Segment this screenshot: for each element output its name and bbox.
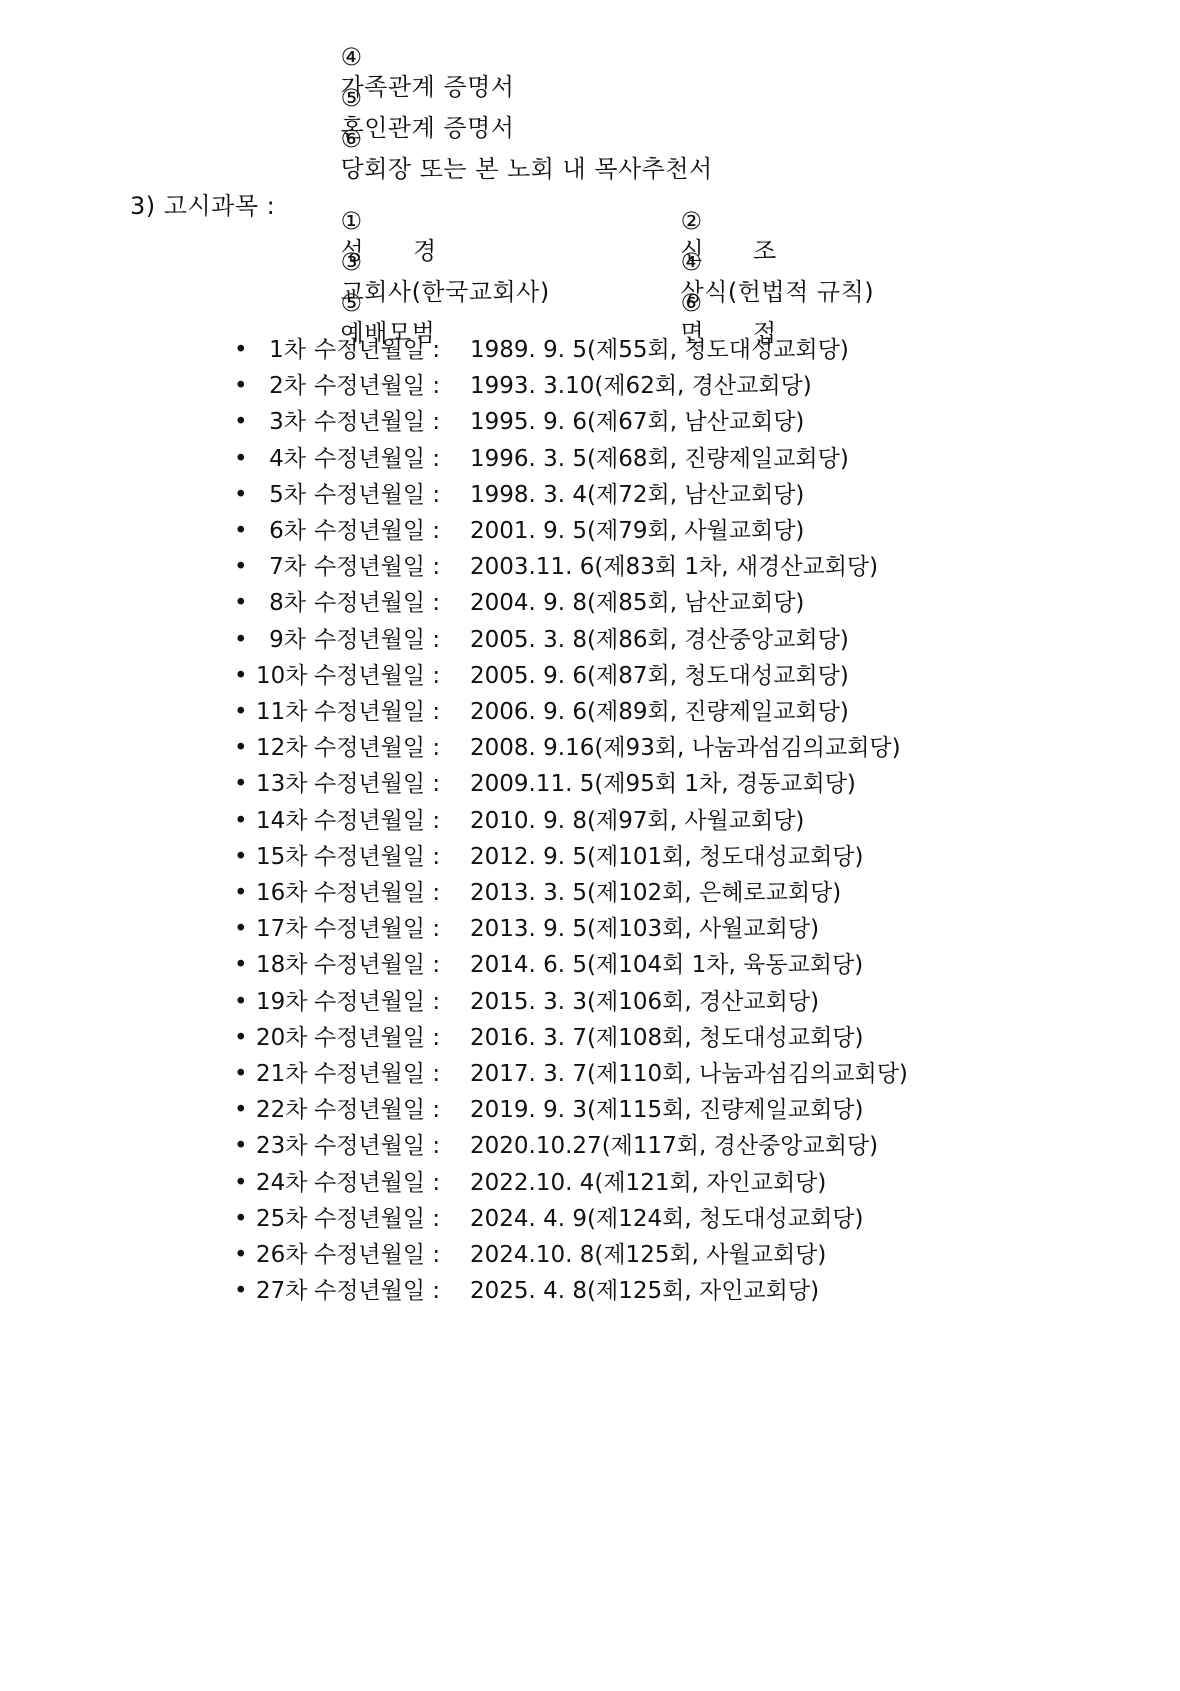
bullet-icon: •	[234, 1023, 256, 1053]
revision-label: 수정년월일 :	[314, 878, 470, 908]
revision-detail: 2013. 9. 5(제103회, 사월교회당)	[470, 914, 819, 944]
revision-detail: 2010. 9. 8(제97회, 사월교회당)	[470, 806, 804, 836]
revision-detail: 2012. 9. 5(제101회, 청도대성교회당)	[470, 842, 863, 872]
bullet-icon: •	[234, 552, 256, 582]
bullet-icon: •	[234, 914, 256, 944]
revision-label: 수정년월일 :	[314, 769, 470, 799]
revision-item: • 11차 수정년월일 : 2006. 9. 6(제89회, 진량제일교회당)	[234, 697, 849, 727]
revision-order: 20차	[256, 1023, 306, 1053]
revision-label: 수정년월일 :	[314, 480, 470, 510]
revision-label: 수정년월일 :	[314, 625, 470, 655]
bullet-icon: •	[234, 407, 256, 437]
bullet-icon: •	[234, 1240, 256, 1270]
revision-detail: 2024. 4. 9(제124회, 청도대성교회당)	[470, 1204, 863, 1234]
revision-item: • 16차 수정년월일 : 2013. 3. 5(제102회, 은혜로교회당)	[234, 878, 841, 908]
revision-item: • 23차 수정년월일 : 2020.10.27(제117회, 경산중앙교회당)	[234, 1131, 878, 1161]
revision-order: 1차	[256, 335, 306, 365]
revision-detail: 2001. 9. 5(제79회, 사월교회당)	[470, 516, 804, 546]
revision-label: 수정년월일 :	[314, 950, 470, 980]
revision-order: 16차	[256, 878, 306, 908]
revision-item: • 2차 수정년월일 : 1993. 3.10(제62회, 경산교회당)	[234, 371, 812, 401]
revision-item: • 25차 수정년월일 : 2024. 4. 9(제124회, 청도대성교회당)	[234, 1204, 863, 1234]
revision-item: • 17차 수정년월일 : 2013. 9. 5(제103회, 사월교회당)	[234, 914, 819, 944]
revision-order: 19차	[256, 987, 306, 1017]
bullet-icon: •	[234, 1131, 256, 1161]
exam-subjects-label: 3) 고시과목 :	[130, 191, 275, 221]
revision-label: 수정년월일 :	[314, 371, 470, 401]
revision-detail: 1995. 9. 6(제67회, 남산교회당)	[470, 407, 804, 437]
revision-order: 15차	[256, 842, 306, 872]
revision-label: 수정년월일 :	[314, 661, 470, 691]
revision-detail: 2019. 9. 3(제115회, 진량제일교회당)	[470, 1095, 863, 1125]
revision-detail: 1996. 3. 5(제68회, 진량제일교회당)	[470, 444, 849, 474]
revision-label: 수정년월일 :	[314, 1276, 470, 1306]
revision-item: • 6차 수정년월일 : 2001. 9. 5(제79회, 사월교회당)	[234, 516, 804, 546]
revision-item: • 1차 수정년월일 : 1989. 9. 5(제55회, 청도대성교회당)	[234, 335, 849, 365]
revision-order: 21차	[256, 1059, 306, 1089]
revision-item: • 26차 수정년월일 : 2024.10. 8(제125회, 사월교회당)	[234, 1240, 826, 1270]
bullet-icon: •	[234, 335, 256, 365]
revision-label: 수정년월일 :	[314, 407, 470, 437]
bullet-icon: •	[234, 1204, 256, 1234]
document-page: ④ 가족관계 증명서 ⑤ 혼인관계 증명서 ⑥ 당회장 또는 본 노회 내 목사…	[0, 0, 1180, 1691]
bullet-icon: •	[234, 697, 256, 727]
revision-order: 11차	[256, 697, 306, 727]
revision-order: 4차	[256, 444, 306, 474]
revision-label: 수정년월일 :	[314, 335, 470, 365]
revision-label: 수정년월일 :	[314, 1059, 470, 1089]
bullet-icon: •	[234, 769, 256, 799]
revision-order: 25차	[256, 1204, 306, 1234]
revision-detail: 2006. 9. 6(제89회, 진량제일교회당)	[470, 697, 849, 727]
revision-label: 수정년월일 :	[314, 444, 470, 474]
revision-item: • 10차 수정년월일 : 2005. 9. 6(제87회, 청도대성교회당)	[234, 661, 849, 691]
revision-label: 수정년월일 :	[314, 733, 470, 763]
revision-order: 3차	[256, 407, 306, 437]
revision-label: 수정년월일 :	[314, 516, 470, 546]
bullet-icon: •	[234, 987, 256, 1017]
revision-detail: 2004. 9. 8(제85회, 남산교회당)	[470, 588, 804, 618]
revision-label: 수정년월일 :	[314, 1204, 470, 1234]
revision-item: • 18차 수정년월일 : 2014. 6. 5(제104회 1차, 육동교회당…	[234, 950, 863, 980]
revision-order: 26차	[256, 1240, 306, 1270]
revision-detail: 2016. 3. 7(제108회, 청도대성교회당)	[470, 1023, 863, 1053]
revision-order: 22차	[256, 1095, 306, 1125]
bullet-icon: •	[234, 444, 256, 474]
revision-order: 17차	[256, 914, 306, 944]
bullet-icon: •	[234, 1276, 256, 1306]
revision-item: • 14차 수정년월일 : 2010. 9. 8(제97회, 사월교회당)	[234, 806, 804, 836]
bullet-icon: •	[234, 878, 256, 908]
bullet-icon: •	[234, 371, 256, 401]
revision-label: 수정년월일 :	[314, 1168, 470, 1198]
revision-detail: 2003.11. 6(제83회 1차, 새경산교회당)	[470, 552, 878, 582]
revision-order: 9차	[256, 625, 306, 655]
bullet-icon: •	[234, 588, 256, 618]
revision-item: • 21차 수정년월일 : 2017. 3. 7(제110회, 나눔과섬김의교회…	[234, 1059, 908, 1089]
revision-detail: 2013. 3. 5(제102회, 은혜로교회당)	[470, 878, 841, 908]
revision-item: • 27차 수정년월일 : 2025. 4. 8(제125회, 자인교회당)	[234, 1276, 819, 1306]
revision-detail: 2005. 9. 6(제87회, 청도대성교회당)	[470, 661, 849, 691]
revision-order: 10차	[256, 661, 306, 691]
revision-order: 5차	[256, 480, 306, 510]
bullet-icon: •	[234, 1059, 256, 1089]
revision-detail: 1993. 3.10(제62회, 경산교회당)	[470, 371, 812, 401]
revision-item: • 8차 수정년월일 : 2004. 9. 8(제85회, 남산교회당)	[234, 588, 804, 618]
revision-order: 6차	[256, 516, 306, 546]
revision-order: 14차	[256, 806, 306, 836]
revision-order: 8차	[256, 588, 306, 618]
revision-item: • 4차 수정년월일 : 1996. 3. 5(제68회, 진량제일교회당)	[234, 444, 849, 474]
revision-order: 13차	[256, 769, 306, 799]
revision-label: 수정년월일 :	[314, 1131, 470, 1161]
revision-detail: 2024.10. 8(제125회, 사월교회당)	[470, 1240, 826, 1270]
revision-detail: 2022.10. 4(제121회, 자인교회당)	[470, 1168, 826, 1198]
revision-detail: 2025. 4. 8(제125회, 자인교회당)	[470, 1276, 819, 1306]
bullet-icon: •	[234, 1095, 256, 1125]
revision-label: 수정년월일 :	[314, 842, 470, 872]
revision-item: • 9차 수정년월일 : 2005. 3. 8(제86회, 경산중앙교회당)	[234, 625, 849, 655]
revision-detail: 2017. 3. 7(제110회, 나눔과섬김의교회당)	[470, 1059, 908, 1089]
bullet-icon: •	[234, 625, 256, 655]
revision-order: 7차	[256, 552, 306, 582]
revision-label: 수정년월일 :	[314, 987, 470, 1017]
revision-label: 수정년월일 :	[314, 806, 470, 836]
revision-order: 23차	[256, 1131, 306, 1161]
item-mark: ⑤	[341, 289, 363, 317]
revision-order: 12차	[256, 733, 306, 763]
bullet-icon: •	[234, 806, 256, 836]
revision-order: 24차	[256, 1168, 306, 1198]
revision-label: 수정년월일 :	[314, 1095, 470, 1125]
revision-order: 18차	[256, 950, 306, 980]
bullet-icon: •	[234, 1168, 256, 1198]
revision-detail: 2020.10.27(제117회, 경산중앙교회당)	[470, 1131, 878, 1161]
revision-item: • 20차 수정년월일 : 2016. 3. 7(제108회, 청도대성교회당)	[234, 1023, 863, 1053]
revision-item: • 22차 수정년월일 : 2019. 9. 3(제115회, 진량제일교회당)	[234, 1095, 863, 1125]
revision-label: 수정년월일 :	[314, 914, 470, 944]
revision-detail: 2009.11. 5(제95회 1차, 경동교회당)	[470, 769, 856, 799]
revision-label: 수정년월일 :	[314, 697, 470, 727]
revision-label: 수정년월일 :	[314, 1240, 470, 1270]
revision-detail: 1989. 9. 5(제55회, 청도대성교회당)	[470, 335, 849, 365]
revision-detail: 2014. 6. 5(제104회 1차, 육동교회당)	[470, 950, 863, 980]
revision-item: • 12차 수정년월일 : 2008. 9.16(제93회, 나눔과섬김의교회당…	[234, 733, 901, 763]
revision-label: 수정년월일 :	[314, 1023, 470, 1053]
revision-detail: 2005. 3. 8(제86회, 경산중앙교회당)	[470, 625, 849, 655]
bullet-icon: •	[234, 516, 256, 546]
revision-item: • 15차 수정년월일 : 2012. 9. 5(제101회, 청도대성교회당)	[234, 842, 863, 872]
bullet-icon: •	[234, 842, 256, 872]
revision-item: • 7차 수정년월일 : 2003.11. 6(제83회 1차, 새경산교회당)	[234, 552, 878, 582]
revision-order: 27차	[256, 1276, 306, 1306]
revision-item: • 13차 수정년월일 : 2009.11. 5(제95회 1차, 경동교회당)	[234, 769, 856, 799]
item-mark: ⑥	[681, 289, 703, 317]
revision-order: 2차	[256, 371, 306, 401]
bullet-icon: •	[234, 733, 256, 763]
bullet-icon: •	[234, 480, 256, 510]
bullet-icon: •	[234, 950, 256, 980]
revision-detail: 2015. 3. 3(제106회, 경산교회당)	[470, 987, 819, 1017]
revision-item: • 3차 수정년월일 : 1995. 9. 6(제67회, 남산교회당)	[234, 407, 804, 437]
revision-item: • 24차 수정년월일 : 2022.10. 4(제121회, 자인교회당)	[234, 1168, 826, 1198]
revision-item: • 5차 수정년월일 : 1998. 3. 4(제72회, 남산교회당)	[234, 480, 804, 510]
revision-label: 수정년월일 :	[314, 588, 470, 618]
revision-detail: 1998. 3. 4(제72회, 남산교회당)	[470, 480, 804, 510]
revision-label: 수정년월일 :	[314, 552, 470, 582]
bullet-icon: •	[234, 661, 256, 691]
revision-detail: 2008. 9.16(제93회, 나눔과섬김의교회당)	[470, 733, 901, 763]
revision-item: • 19차 수정년월일 : 2015. 3. 3(제106회, 경산교회당)	[234, 987, 819, 1017]
item-mark: ⑥	[341, 125, 363, 153]
